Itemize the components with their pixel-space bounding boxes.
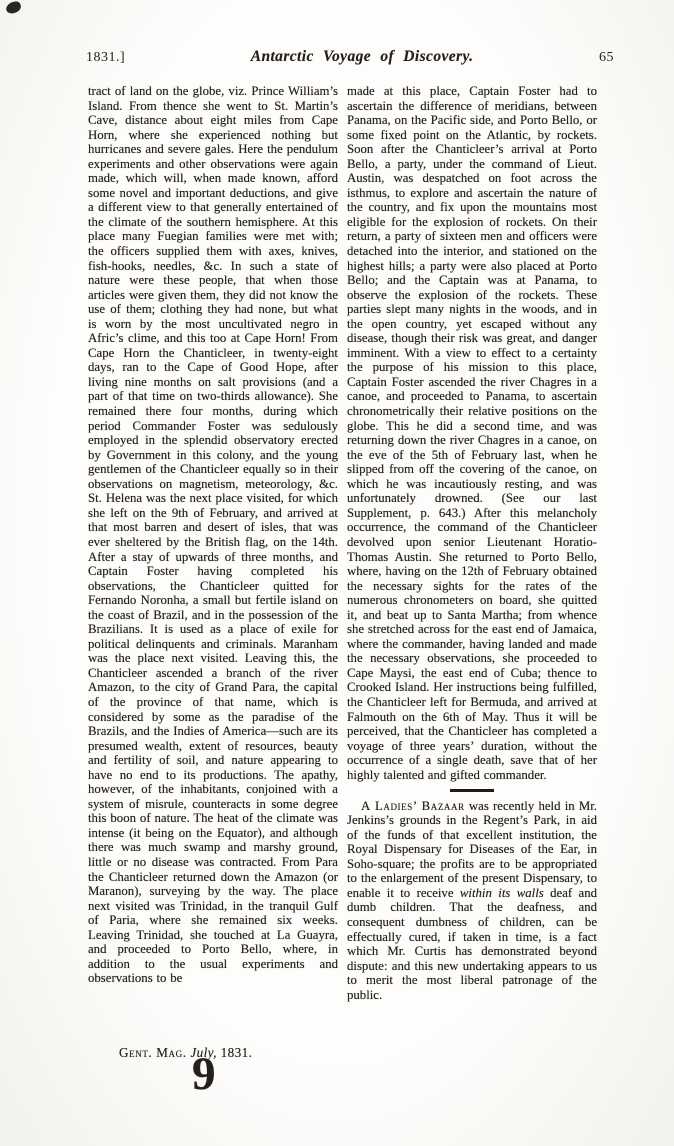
bazaar-article-lead: A Ladies’ Bazaar (361, 799, 465, 813)
printer-signature-number: 9 (192, 1051, 216, 1098)
bazaar-article-body-1: was recently held in Mr. Jenkins’s groun… (347, 799, 597, 900)
page-header: 1831.] Antarctic Voyage of Discovery. 65 (86, 48, 614, 66)
journal-footer-imprint: Gent. Mag. July, 1831. (119, 1045, 252, 1061)
header-page-number: 65 (599, 50, 614, 66)
scanned-page: 1831.] Antarctic Voyage of Discovery. 65… (0, 0, 674, 1146)
bazaar-article-text: A Ladies’ Bazaar was recently held in Mr… (347, 799, 597, 1003)
voyage-article-text-right: made at this place, Captain Foster had t… (347, 84, 597, 782)
voyage-article-text-left: tract of land on the globe, viz. Prince … (88, 84, 338, 986)
page-title: Antarctic Voyage of Discovery. (251, 48, 474, 66)
bazaar-article-body-2: deaf and dumb children. That the deafnes… (347, 886, 597, 1002)
header-year-bracket: 1831.] (86, 50, 125, 66)
ink-blot-artifact (5, 0, 22, 14)
left-column: tract of land on the globe, viz. Prince … (88, 84, 338, 1048)
footer-year: 1831. (221, 1045, 253, 1060)
article-divider-rule (450, 789, 494, 791)
bazaar-article-italic-phrase: within its walls (460, 886, 544, 900)
footer-journal-name: Gent. Mag. (119, 1045, 187, 1060)
right-column: made at this place, Captain Foster had t… (347, 84, 597, 1048)
two-column-layout: tract of land on the globe, viz. Prince … (88, 84, 597, 1048)
